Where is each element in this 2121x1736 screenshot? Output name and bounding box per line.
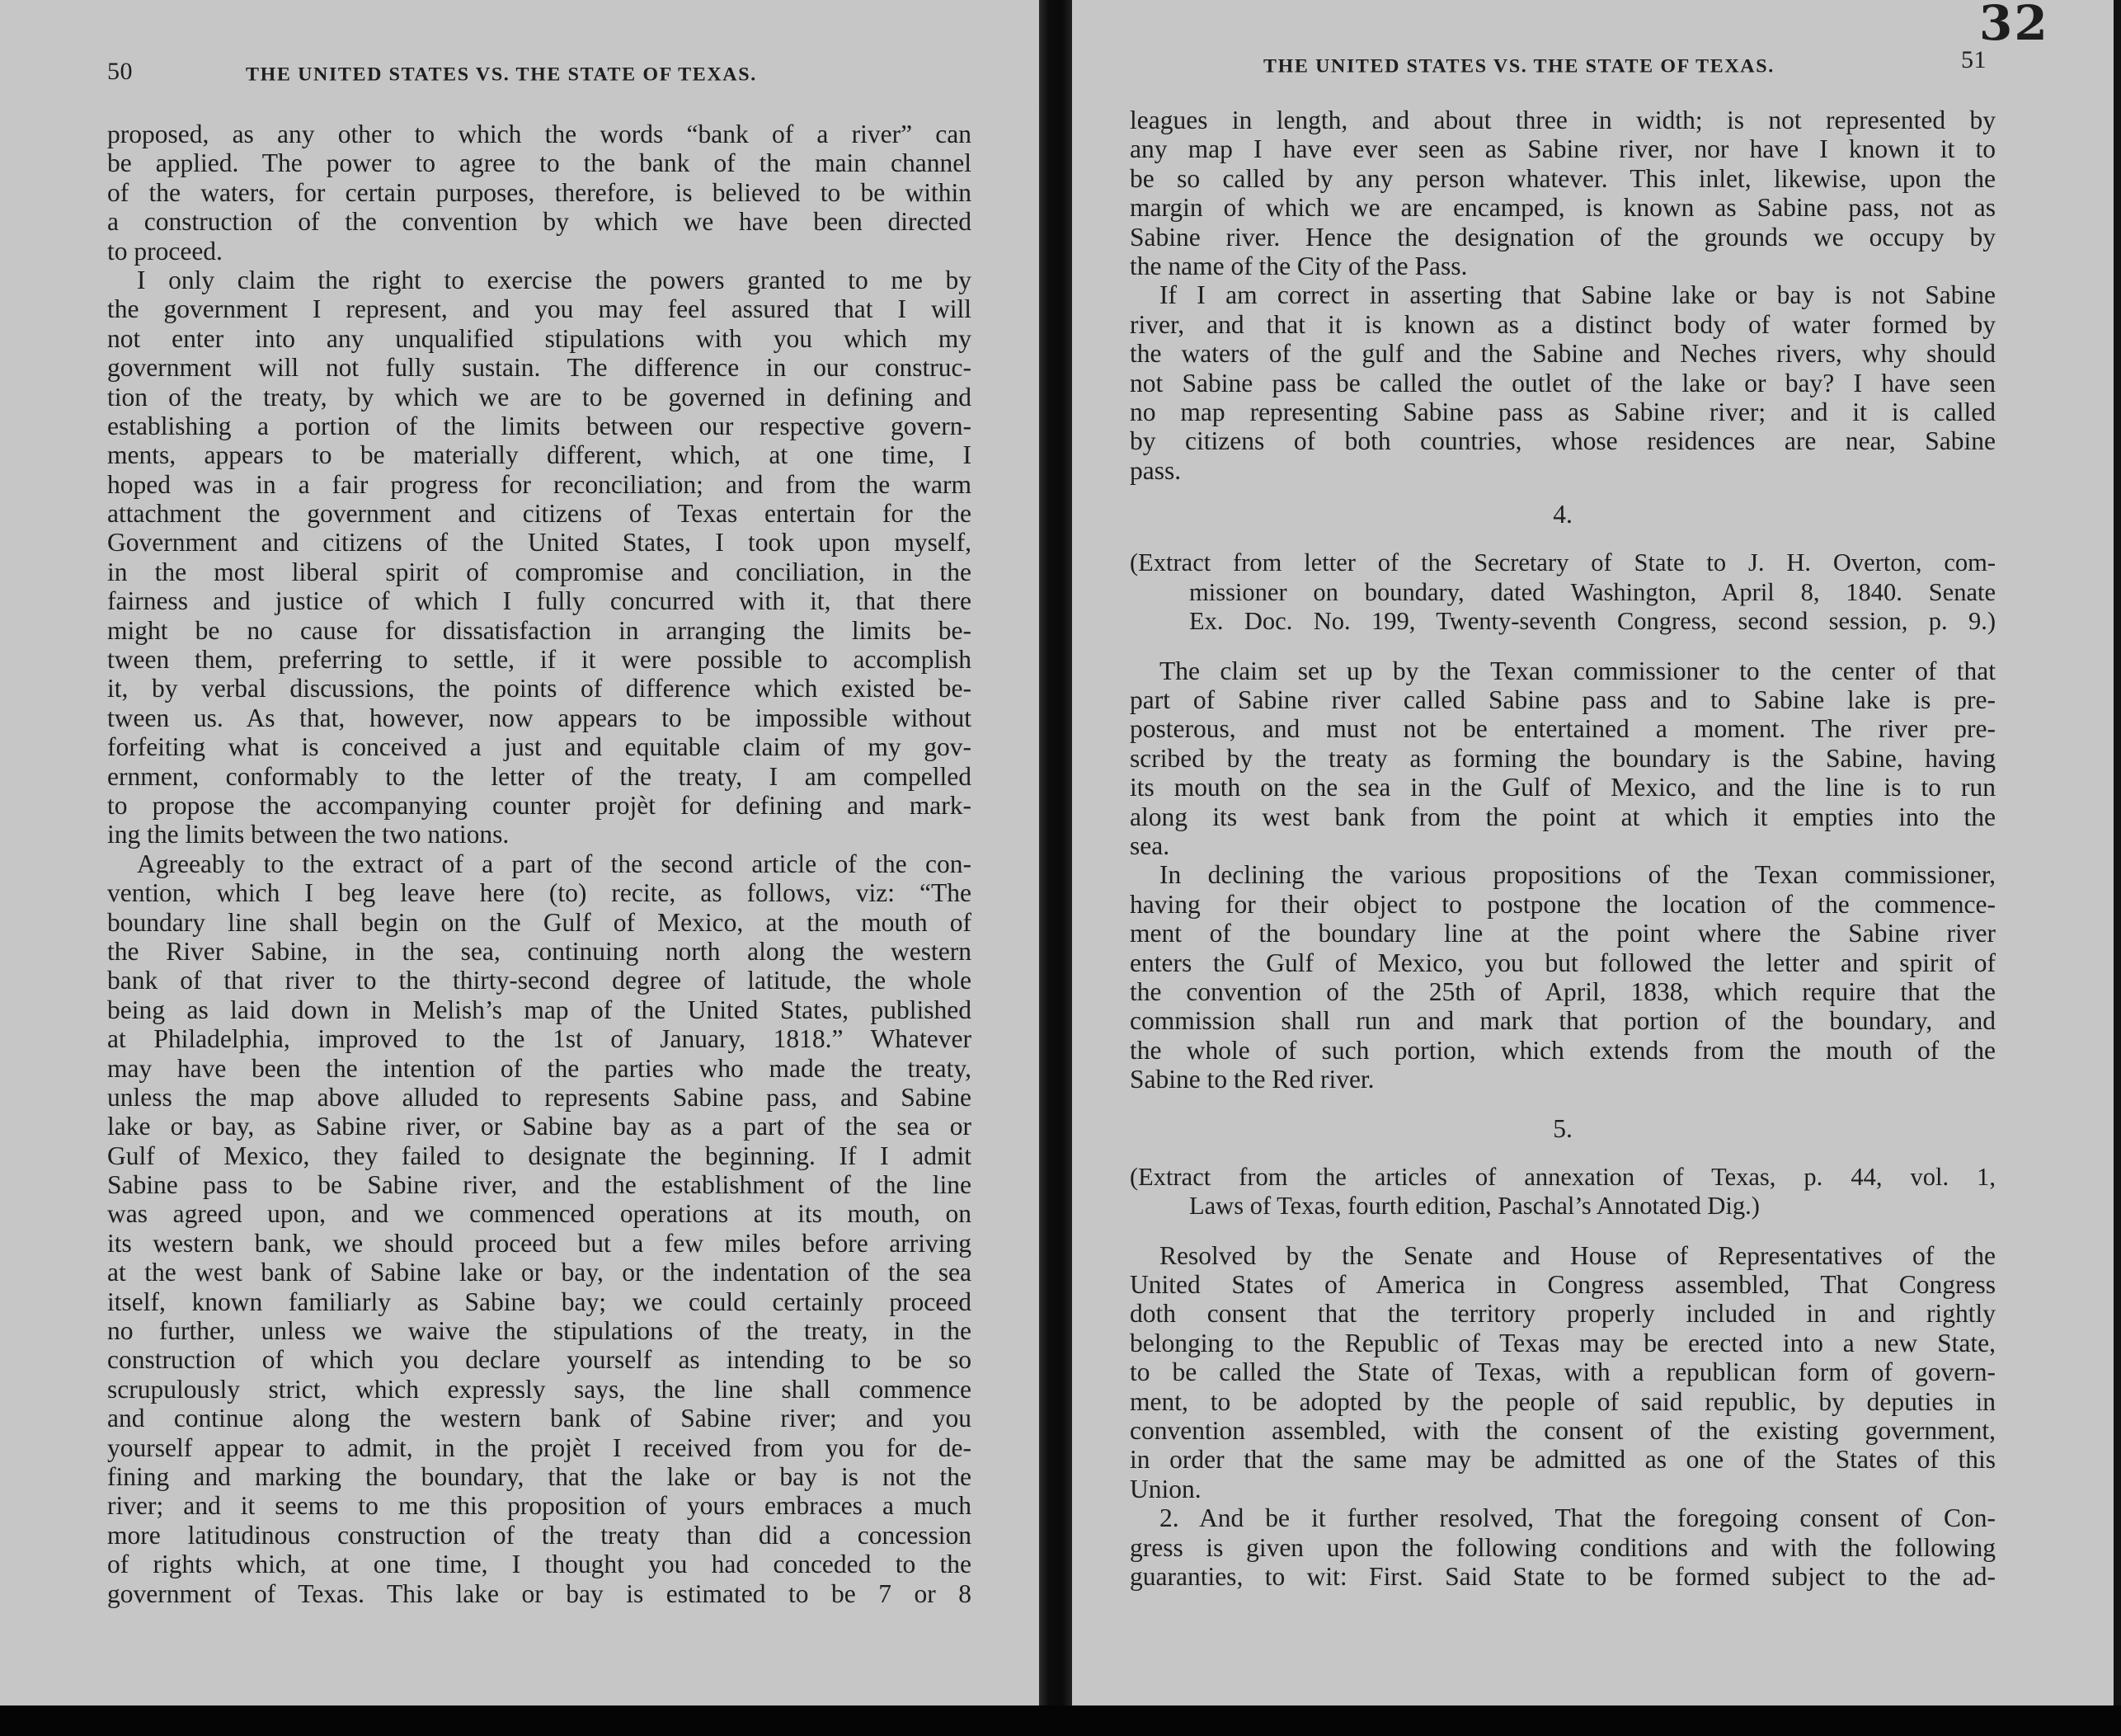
text-line: Agreeably to the extract of a part of th…	[107, 849, 971, 878]
text-line: attachment the government and citizens o…	[107, 499, 971, 528]
text-line: to be called the State of Texas, with a …	[1130, 1357, 1996, 1386]
text-line: gress is given upon the following condit…	[1130, 1533, 1996, 1562]
text-line: construction of which you declare yourse…	[107, 1345, 971, 1374]
text-line: no further, unless we waive the stipulat…	[107, 1316, 971, 1345]
text-line: government will not fully sustain. The d…	[107, 353, 971, 382]
left-page: 50 THE UNITED STATES VS. THE STATE OF TE…	[0, 0, 1041, 1705]
text-line: no map representing Sabine pass as Sabin…	[1130, 398, 1996, 426]
text-line: In declining the various propositions of…	[1130, 860, 1996, 889]
left-page-body: proposed, as any other to which the word…	[107, 120, 971, 1608]
text-line: the convention of the 25th of April, 183…	[1130, 977, 1996, 1006]
text-line: Resolved by the Senate and House of Repr…	[1130, 1241, 1996, 1270]
text-line: ernment, conformably to the letter of th…	[107, 762, 971, 791]
text-line: ment of the boundary line at the point w…	[1130, 919, 1996, 948]
text-line: scrupulously strict, which expressly say…	[107, 1375, 971, 1404]
text-line: ments, appears to be materially differen…	[107, 440, 971, 469]
page-number-left: 50	[107, 58, 133, 86]
text-line: not enter into any unqualified stipulati…	[107, 324, 971, 353]
text-line: Sabine river. Hence the designation of t…	[1130, 223, 1996, 252]
text-line: United States of America in Congress ass…	[1130, 1270, 1996, 1299]
text-line: its mouth on the sea in the Gulf of Mexi…	[1130, 773, 1996, 802]
text-line: any map I have ever seen as Sabine river…	[1130, 134, 1996, 163]
text-line: tion of the treaty, by which we are to b…	[107, 383, 971, 412]
page-number-right: 51	[1961, 46, 1987, 74]
text-line: (Extract from letter of the Secretary of…	[1130, 548, 1996, 577]
text-line: its western bank, we should proceed but …	[107, 1229, 971, 1258]
text-line: doth consent that the territory properly…	[1130, 1299, 1996, 1328]
text-line: bank of that river to the thirty-second …	[107, 966, 971, 995]
text-line: 2. And be it further resolved, That the …	[1130, 1503, 1996, 1532]
text-line: itself, known familiarly as Sabine bay; …	[107, 1287, 971, 1316]
text-line: forfeiting what is conceived a just and …	[107, 732, 971, 761]
text-line: of rights which, at one time, I thought …	[107, 1550, 971, 1578]
text-line: pass.	[1130, 456, 1996, 485]
text-line: posterous, and must not be entertained a…	[1130, 714, 1996, 743]
text-line: convention assembled, with the consent o…	[1130, 1416, 1996, 1445]
text-line: tween them, preferring to settle, if it …	[107, 645, 971, 674]
text-line: (Extract from the articles of annexation…	[1130, 1163, 1996, 1192]
text-line: river, and that it is known as a distinc…	[1130, 310, 1996, 339]
text-line: margin of which we are encamped, is know…	[1130, 193, 1996, 222]
extract-citation-5: (Extract from the articles of annexation…	[1130, 1163, 1996, 1221]
text-line: hoped was in a fair progress for reconci…	[107, 470, 971, 499]
text-line: in the most liberal spirit of compromise…	[107, 557, 971, 586]
text-line: fairness and justice of which I fully co…	[107, 586, 971, 615]
text-line: fining and marking the boundary, that th…	[107, 1462, 971, 1491]
text-line: I only claim the right to exercise the p…	[107, 266, 971, 294]
text-line: guaranties, to wit: First. Said State to…	[1130, 1562, 1996, 1591]
text-line: the River Sabine, in the sea, continuing…	[107, 937, 971, 966]
text-line: be so called by any person whatever. Thi…	[1130, 164, 1996, 193]
text-line: scribed by the treaty as forming the bou…	[1130, 744, 1996, 773]
text-line: not Sabine pass be called the outlet of …	[1130, 369, 1996, 398]
text-line: part of Sabine river called Sabine pass …	[1130, 685, 1996, 714]
text-line: might be no cause for dissatisfaction in…	[107, 616, 971, 645]
section-heading-4: 4.	[1130, 500, 1996, 529]
text-line: Gulf of Mexico, they failed to designate…	[107, 1141, 971, 1170]
text-line: having for their object to postpone the …	[1130, 890, 1996, 919]
text-line: unless the map above alluded to represen…	[107, 1083, 971, 1112]
text-line: The claim set up by the Texan commission…	[1130, 656, 1996, 685]
text-line: at Philadelphia, improved to the 1st of …	[107, 1024, 971, 1053]
text-line: the waters of the gulf and the Sabine an…	[1130, 339, 1996, 368]
text-line: Laws of Texas, fourth edition, Paschal’s…	[1130, 1192, 1996, 1221]
scan-right-edge	[2114, 0, 2121, 1736]
text-line: belonging to the Republic of Texas may b…	[1130, 1329, 1996, 1357]
text-line: leagues in length, and about three in wi…	[1130, 106, 1996, 134]
text-line: the government I represent, and you may …	[107, 294, 971, 323]
text-line: boundary line shall begin on the Gulf of…	[107, 908, 971, 937]
section-heading-5: 5.	[1130, 1114, 1996, 1143]
text-line: ment, to be adopted by the people of sai…	[1130, 1387, 1996, 1416]
text-line: to proceed.	[107, 237, 971, 266]
running-head-right: THE UNITED STATES VS. THE STATE OF TEXAS…	[1263, 57, 1775, 78]
text-line: and continue along the western bank of S…	[107, 1404, 971, 1433]
text-line: missioner on boundary, dated Washington,…	[1130, 578, 1996, 607]
text-line: ing the limits between the two nations.	[107, 820, 971, 849]
section-4-body: The claim set up by the Texan commission…	[1130, 656, 1996, 1094]
text-line: yourself appear to admit, in the projèt …	[107, 1433, 971, 1462]
text-line: tween us. As that, however, now appears …	[107, 703, 971, 732]
text-line: Union.	[1130, 1475, 1996, 1503]
text-line: was agreed upon, and we commenced operat…	[107, 1199, 971, 1228]
text-line: river; and it seems to me this propositi…	[107, 1491, 971, 1520]
text-line: proposed, as any other to which the word…	[107, 120, 971, 148]
text-line: Ex. Doc. No. 199, Twenty-seventh Congres…	[1130, 607, 1996, 636]
text-line: enters the Gulf of Mexico, you but follo…	[1130, 948, 1996, 977]
text-line: being as laid down in Melish’s map of th…	[107, 995, 971, 1024]
text-line: by citizens of both countries, whose res…	[1130, 426, 1996, 455]
text-line: a construction of the convention by whic…	[107, 207, 971, 236]
text-line: the whole of such portion, which extends…	[1130, 1036, 1996, 1065]
stamp-number: 32	[1979, 0, 2049, 51]
running-head-left: THE UNITED STATES VS. THE STATE OF TEXAS…	[246, 65, 757, 87]
text-line: government of Texas. This lake or bay is…	[107, 1579, 971, 1608]
text-line: may have been the intention of the parti…	[107, 1054, 971, 1083]
text-line: lake or bay, as Sabine river, or Sabine …	[107, 1112, 971, 1141]
scan-bottom-edge	[0, 1705, 2121, 1736]
text-line: in order that the same may be admitted a…	[1130, 1445, 1996, 1474]
text-line: sea.	[1130, 831, 1996, 860]
text-line: to propose the accompanying counter proj…	[107, 791, 971, 820]
text-line: along its west bank from the point at wh…	[1130, 802, 1996, 831]
text-line: of the waters, for certain purposes, the…	[107, 178, 971, 207]
text-line: Government and citizens of the United St…	[107, 528, 971, 557]
text-line: If I am correct in asserting that Sabine…	[1130, 280, 1996, 309]
right-page: 32 THE UNITED STATES VS. THE STATE OF TE…	[1072, 0, 2114, 1705]
text-line: at the west bank of Sabine lake or bay, …	[107, 1258, 971, 1287]
right-page-body: leagues in length, and about three in wi…	[1130, 106, 1996, 1591]
extract-citation-4: (Extract from letter of the Secretary of…	[1130, 548, 1996, 636]
text-line: commission shall run and mark that porti…	[1130, 1006, 1996, 1035]
text-line: it, by verbal discussions, the points of…	[107, 674, 971, 703]
text-line: be applied. The power to agree to the ba…	[107, 148, 971, 177]
book-gutter	[1039, 0, 1072, 1736]
text-line: establishing a portion of the limits bet…	[107, 412, 971, 440]
text-line: the name of the City of the Pass.	[1130, 252, 1996, 280]
text-line: more latitudinous construction of the tr…	[107, 1521, 971, 1550]
section-5-body: Resolved by the Senate and House of Repr…	[1130, 1241, 1996, 1592]
text-line: vention, which I beg leave here (to) rec…	[107, 878, 971, 907]
continuation-paragraphs: leagues in length, and about three in wi…	[1130, 106, 1996, 485]
text-line: Sabine to the Red river.	[1130, 1065, 1996, 1094]
text-line: Sabine pass to be Sabine river, and the …	[107, 1170, 971, 1199]
